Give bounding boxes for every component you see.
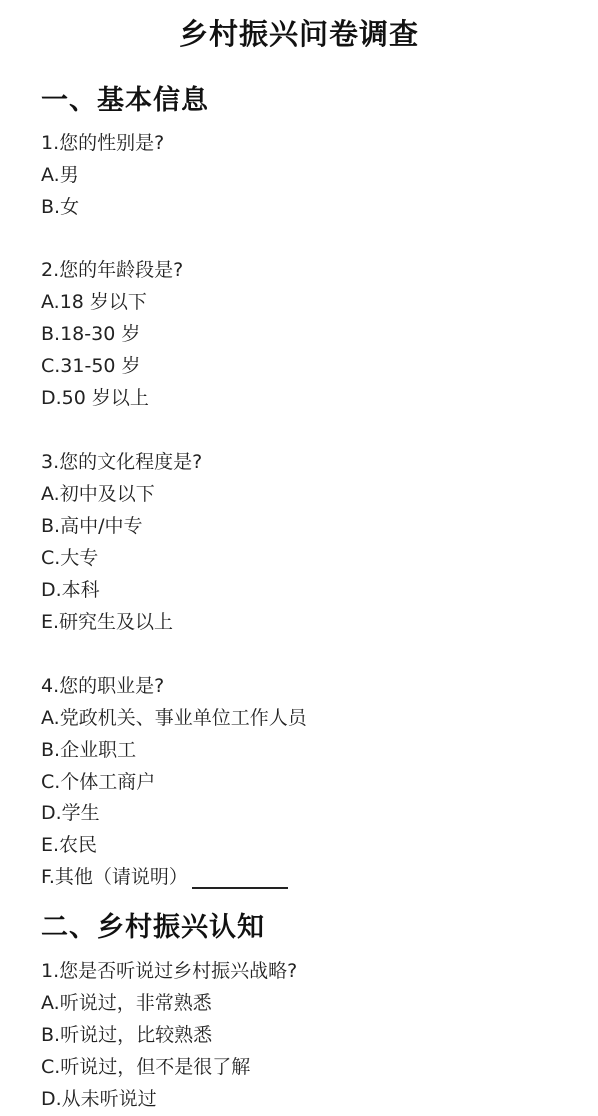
question-gender: 1.您的性别是?	[41, 131, 164, 155]
question-occupation: 4.您的职业是?	[41, 674, 164, 698]
option-age-b[interactable]: B.18-30 岁	[41, 322, 140, 346]
option-gender-b[interactable]: B.女	[41, 195, 79, 219]
option-education-c[interactable]: C.大专	[41, 546, 98, 570]
option-education-b[interactable]: B.高中/中专	[41, 514, 142, 538]
option-occupation-a[interactable]: A.党政机关、事业单位工作人员	[41, 706, 307, 730]
option-education-a[interactable]: A.初中及以下	[41, 482, 155, 506]
option-occupation-e[interactable]: E.农民	[41, 833, 97, 857]
section-heading-awareness: 二、乡村振兴认知	[41, 905, 265, 944]
option-heard-d[interactable]: D.从未听说过	[41, 1087, 157, 1111]
option-heard-c[interactable]: C.听说过，但不是很了解	[41, 1055, 250, 1079]
option-age-d[interactable]: D.50 岁以上	[41, 386, 149, 410]
option-gender-a[interactable]: A.男	[41, 163, 79, 187]
option-occupation-c[interactable]: C.个体工商户	[41, 770, 155, 794]
option-education-d[interactable]: D.本科	[41, 578, 100, 602]
option-heard-a[interactable]: A.听说过，非常熟悉	[41, 991, 212, 1015]
option-education-e[interactable]: E.研究生及以上	[41, 610, 173, 634]
option-occupation-f-row: F.其他（请说明）	[41, 865, 288, 889]
question-education: 3.您的文化程度是?	[41, 450, 202, 474]
survey-title: 乡村振兴问卷调查	[0, 12, 598, 53]
option-occupation-d[interactable]: D.学生	[41, 801, 100, 825]
question-age: 2.您的年龄段是?	[41, 258, 183, 282]
section-heading-basic-info: 一、基本信息	[41, 78, 209, 117]
option-occupation-f[interactable]: F.其他（请说明）	[41, 866, 188, 888]
option-heard-b[interactable]: B.听说过，比较熟悉	[41, 1023, 212, 1047]
option-age-c[interactable]: C.31-50 岁	[41, 354, 141, 378]
option-occupation-b[interactable]: B.企业职工	[41, 738, 136, 762]
question-heard-strategy: 1.您是否听说过乡村振兴战略?	[41, 959, 297, 983]
option-age-a[interactable]: A.18 岁以下	[41, 290, 147, 314]
other-fill-blank[interactable]	[192, 869, 288, 889]
